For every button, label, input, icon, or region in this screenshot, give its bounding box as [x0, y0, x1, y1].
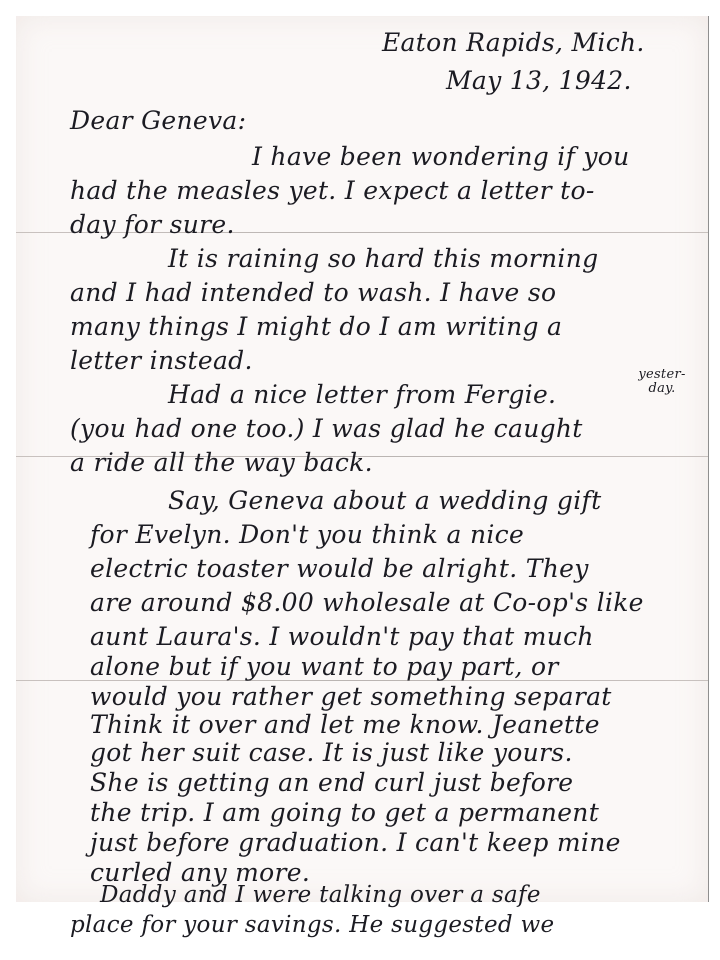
letter-line: Say, Geneva about a wedding gift [168, 486, 601, 515]
letter-line: It is raining so hard this morning [168, 244, 598, 273]
letter-line: had the measles yet. I expect a letter t… [70, 176, 595, 205]
letter-line: and I had intended to wash. I have so [70, 278, 556, 307]
letter-line: for Evelyn. Don't you think a nice [90, 520, 524, 549]
letter-page: Eaton Rapids, Mich. May 13, 1942. Dear G… [16, 16, 709, 902]
letter-line: She is getting an end curl just before [90, 768, 573, 797]
letter-line: alone but if you want to pay part, or [90, 652, 559, 681]
letter-salutation: Dear Geneva: [70, 106, 246, 135]
letter-line: a ride all the way back. [70, 448, 373, 477]
letter-line: electric toaster would be alright. They [90, 554, 589, 583]
letter-line: just before graduation. I can't keep min… [90, 828, 621, 857]
letter-line: many things I might do I am writing a [70, 312, 562, 341]
letter-date: May 13, 1942. [446, 66, 632, 95]
letter-line: got her suit case. It is just like yours… [90, 738, 573, 767]
letter-line: place for your savings. He suggested we [70, 912, 554, 938]
letter-line: would you rather get something separat [90, 682, 612, 711]
letter-line: Daddy and I were talking over a safe [100, 882, 541, 908]
letter-line: I have been wondering if you [252, 142, 630, 171]
letter-line: the trip. I am going to get a permanent [90, 798, 599, 827]
letter-line: (you had one too.) I was glad he caught [70, 414, 583, 443]
letter-line: day for sure. [70, 210, 235, 239]
letter-place: Eaton Rapids, Mich. [382, 28, 645, 57]
letter-insertion: yester- day. [636, 368, 688, 396]
letter-line: Had a nice letter from Fergie. [168, 380, 556, 409]
letter-line: aunt Laura's. I wouldn't pay that much [90, 622, 594, 651]
letter-line: Think it over and let me know. Jeanette [90, 710, 600, 739]
letter-line: letter instead. [70, 346, 253, 375]
letter-line: are around $8.00 wholesale at Co-op's li… [90, 588, 644, 617]
